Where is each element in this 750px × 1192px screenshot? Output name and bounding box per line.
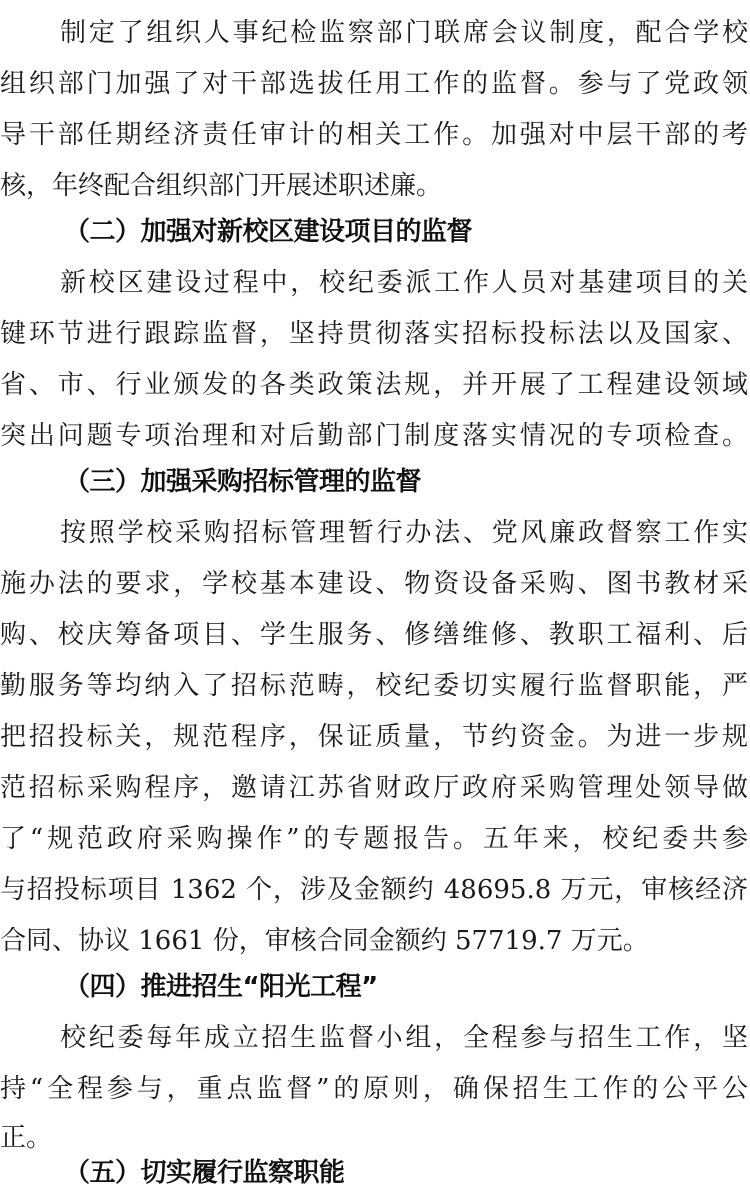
paragraph-1-line-2: 组织部门加强了对干部选拔任用工作的监督。参与了党政领	[0, 59, 750, 110]
paragraph-3-line-8: 与招投标项目 1362 个，涉及金额约 48695.8 万元，审核经济	[0, 865, 750, 916]
paragraph-3-line-4: 勤服务等均纳入了招标范畴，校纪委切实履行监督职能，严	[0, 661, 750, 712]
paragraph-2-line-1: 新校区建设过程中，校纪委派工作人员对基建项目的关	[0, 258, 750, 309]
paragraph-4-line-1: 校纪委每年成立招生监督小组，全程参与招生工作，坚	[0, 1013, 750, 1064]
paragraph-3-line-1: 按照学校采购招标管理暂行办法、党风廉政督察工作实	[0, 508, 750, 559]
paragraph-4-line-2: 持“全程参与，重点监督”的原则，确保招生工作的公平公	[0, 1064, 750, 1115]
paragraph-3-line-2: 施办法的要求，学校基本建设、物资设备采购、图书教材采	[0, 559, 750, 610]
paragraph-2-line-2: 键环节进行跟踪监督，坚持贯彻落实招标投标法以及国家、	[0, 309, 750, 360]
section-heading-5: （五）切实履行监察职能	[64, 1148, 345, 1192]
paragraph-1-line-4: 核，年终配合组织部门开展述职述廉。	[0, 161, 750, 212]
paragraph-1-line-1: 制定了组织人事纪检监察部门联席会议制度，配合学校	[0, 8, 750, 59]
paragraph-3-line-5: 把招投标关，规范程序，保证质量，节约资金。为进一步规	[0, 712, 750, 763]
section-heading-2: （二）加强对新校区建设项目的监督	[64, 207, 472, 258]
section-heading-4: （四）推进招生“阳光工程”	[64, 962, 378, 1013]
section-heading-3: （三）加强采购招标管理的监督	[64, 457, 421, 508]
paragraph-3-line-6: 范招标采购程序，邀请江苏省财政厅政府采购管理处领导做	[0, 763, 750, 814]
paragraph-2-line-3: 省、市、行业颁发的各类政策法规，并开展了工程建设领域	[0, 360, 750, 411]
paragraph-1-line-3: 导干部任期经济责任审计的相关工作。加强对中层干部的考	[0, 110, 750, 161]
paragraph-3-line-7: 了“规范政府采购操作”的专题报告。五年来，校纪委共参	[0, 814, 750, 865]
paragraph-3-line-9: 合同、协议 1661 份，审核合同金额约 57719.7 万元。	[0, 916, 750, 967]
paragraph-3-line-3: 购、校庆筹备项目、学生服务、修缮维修、教职工福利、后	[0, 610, 750, 661]
paragraph-2-line-4: 突出问题专项治理和对后勤部门制度落实情况的专项检查。	[0, 411, 750, 462]
